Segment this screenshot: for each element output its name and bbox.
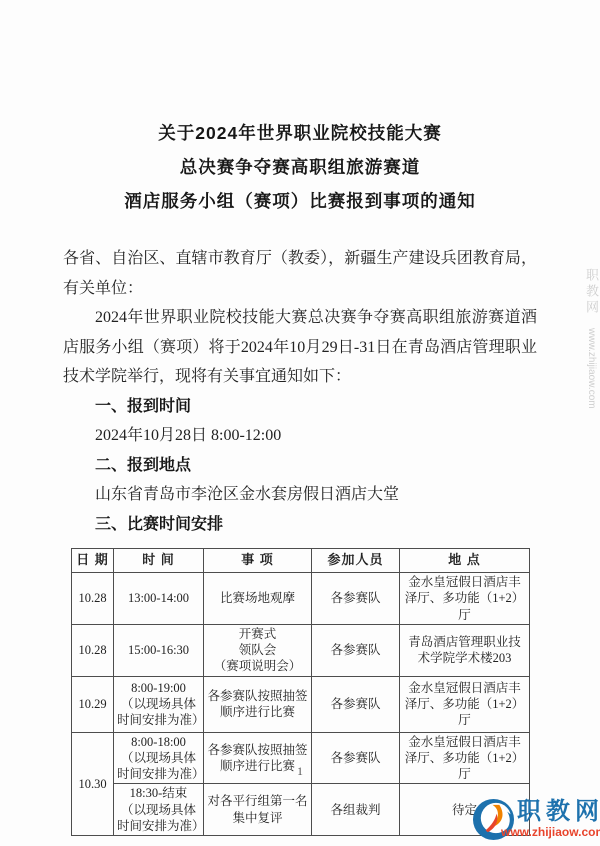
title-line-3: 酒店服务小组（赛项）比赛报到事项的通知 [0, 184, 600, 218]
section-2-heading: 二、报到地点 [63, 451, 537, 481]
header-date: 日 期 [72, 549, 114, 573]
watermark-url: www.zhijiaow.com [586, 328, 597, 409]
cell-date: 10.28 [72, 573, 114, 625]
table-row: 18:30-结束 （以现场具体时间安排为准） 对各平行组第一名集中复评 各组裁判… [72, 784, 530, 836]
cell-item: 对各平行组第一名集中复评 [204, 784, 312, 836]
cell-people: 各参赛队 [312, 624, 400, 676]
cell-item: 比赛场地观摩 [204, 573, 312, 625]
side-watermark: 职教网 www.zhijiaow.com [583, 268, 599, 409]
header-item: 事 项 [204, 549, 312, 573]
section-3-heading: 三、比赛时间安排 [63, 510, 537, 540]
cell-time: 15:00-16:30 [114, 624, 204, 676]
header-place: 地 点 [400, 549, 530, 573]
zhijiaow-logo-text: 职教网 www.zhijiaow.com [517, 799, 600, 839]
cell-place: 金水皇冠假日酒店丰泽厅、多功能（1+2）厅 [400, 676, 530, 732]
table-row: 10.29 8:00-19:00 （以现场具体时间安排为准） 各参赛队按照抽签顺… [72, 676, 530, 732]
table-header-row: 日 期 时 间 事 项 参加人员 地 点 [72, 549, 530, 573]
table-row: 10.28 13:00-14:00 比赛场地观摩 各参赛队 金水皇冠假日酒店丰泽… [72, 573, 530, 625]
zhijiaow-logo-url: www.zhijiaow.com [501, 825, 600, 839]
cell-date: 10.30 [72, 732, 114, 836]
section-1-content: 2024年10月28日 8:00-12:00 [63, 421, 537, 451]
header-people: 参加人员 [312, 549, 400, 573]
cell-item: 开赛式 领队会 （赛项说明会） [204, 624, 312, 676]
document-title: 关于2024年世界职业院校技能大赛 总决赛争夺赛高职组旅游赛道 酒店服务小组（赛… [0, 0, 600, 218]
watermark-site-name: 职教网 [584, 268, 599, 316]
zhijiaow-logo: 职教网 www.zhijiaow.com [472, 794, 598, 844]
section-1-heading: 一、报到时间 [63, 392, 537, 422]
document-body: 各省、自治区、直辖市教育厅（教委），新疆生产建设兵团教育局，有关单位： 2024… [63, 244, 537, 836]
header-time: 时 间 [114, 549, 204, 573]
cell-people: 各组裁判 [312, 784, 400, 836]
title-line-2: 总决赛争夺赛高职组旅游赛道 [0, 150, 600, 184]
cell-date: 10.28 [72, 624, 114, 676]
section-2-content: 山东省青岛市李沧区金水套房假日酒店大堂 [63, 480, 537, 510]
competition-schedule-table: 日 期 时 间 事 项 参加人员 地 点 10.28 13:00-14:00 比… [71, 548, 530, 836]
intro-paragraph: 2024年世界职业院校技能大赛总决赛争夺赛高职组旅游赛道酒店服务小组（赛项）将于… [63, 303, 537, 392]
document-page: 关于2024年世界职业院校技能大赛 总决赛争夺赛高职组旅游赛道 酒店服务小组（赛… [0, 0, 600, 846]
table-row: 10.28 15:00-16:30 开赛式 领队会 （赛项说明会） 各参赛队 青… [72, 624, 530, 676]
cell-time: 18:30-结束 （以现场具体时间安排为准） [114, 784, 204, 836]
cell-people: 各参赛队 [312, 573, 400, 625]
cell-date: 10.29 [72, 676, 114, 732]
cell-people: 各参赛队 [312, 676, 400, 732]
cell-time: 13:00-14:00 [114, 573, 204, 625]
page-number: 1 [0, 764, 600, 779]
cell-place: 青岛酒店管理职业技术学院学术楼203 [400, 624, 530, 676]
cell-item: 各参赛队按照抽签顺序进行比赛 [204, 676, 312, 732]
salutation-paragraph: 各省、自治区、直辖市教育厅（教委），新疆生产建设兵团教育局，有关单位： [63, 244, 537, 303]
cell-place: 金水皇冠假日酒店丰泽厅、多功能（1+2）厅 [400, 573, 530, 625]
title-line-1: 关于2024年世界职业院校技能大赛 [0, 116, 600, 150]
cell-time: 8:00-19:00 （以现场具体时间安排为准） [114, 676, 204, 732]
zhijiaow-logo-name: 职教网 [517, 799, 600, 825]
